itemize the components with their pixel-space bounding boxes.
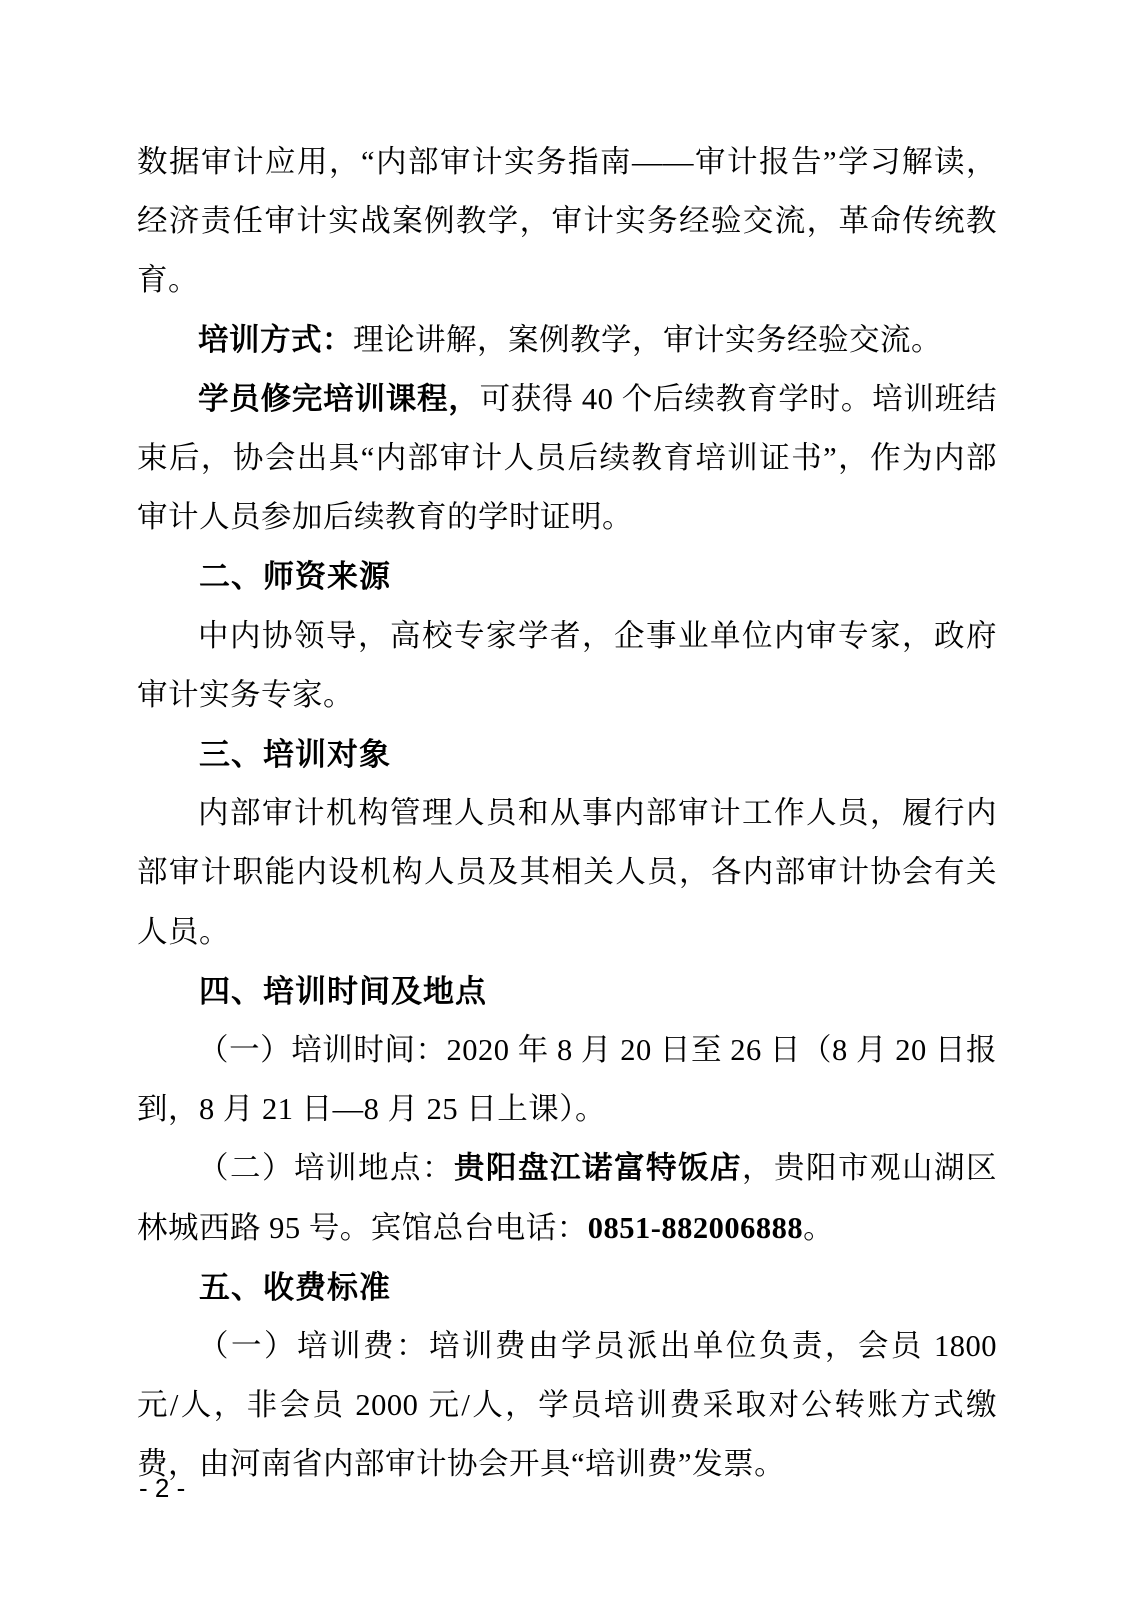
paragraph-training-method: 培训方式：理论讲解，案例教学，审计实务经验交流。 xyxy=(137,311,997,370)
paragraph-training-venue: （二）培训地点：贵阳盘江诺富特饭店，贵阳市观山湖区林城西路 95 号。宾馆总台电… xyxy=(137,1139,997,1257)
training-method-label: 培训方式： xyxy=(198,323,353,357)
section-heading-fees: 五、收费标准 xyxy=(137,1258,997,1317)
section-heading-schedule: 四、培训时间及地点 xyxy=(137,962,997,1021)
training-method-text: 理论讲解，案例教学，审计实务经验交流。 xyxy=(353,323,942,357)
document-body: 数据审计应用，“内部审计实务指南——审计报告”学习解读，经济责任审计实战案例教学… xyxy=(137,133,997,1495)
venue-lead: （二）培训地点： xyxy=(198,1151,454,1185)
credit-hours-lead: 学员修完培训课程， xyxy=(198,382,480,416)
document-page: 数据审计应用，“内部审计实务指南——审计报告”学习解读，经济责任审计实战案例教学… xyxy=(0,0,1131,1600)
venue-hotel-name: 贵阳盘江诺富特饭店 xyxy=(454,1151,742,1185)
section-heading-audience: 三、培训对象 xyxy=(137,725,997,784)
paragraph-training-time: （一）培训时间：2020 年 8 月 20 日至 26 日（8 月 20 日报到… xyxy=(137,1021,997,1139)
page-number: - 2 - xyxy=(139,1473,185,1503)
paragraph-training-fee: （一）培训费：培训费由学员派出单位负责，会员 1800 元/人，非会员 2000… xyxy=(137,1317,997,1495)
paragraph-teachers: 中内协领导，高校专家学者，企事业单位内审专家，政府审计实务专家。 xyxy=(137,607,997,725)
venue-phone-number: 0851-882006888 xyxy=(588,1211,803,1245)
venue-tail: 。 xyxy=(803,1211,834,1245)
paragraph-course-content-continued: 数据审计应用，“内部审计实务指南——审计报告”学习解读，经济责任审计实战案例教学… xyxy=(137,133,997,311)
paragraph-credit-hours: 学员修完培训课程，可获得 40 个后续教育学时。培训班结束后，协会出具“内部审计… xyxy=(137,370,997,548)
paragraph-audience: 内部审计机构管理人员和从事内部审计工作人员，履行内部审计职能内设机构人员及其相关… xyxy=(137,784,997,962)
section-heading-teachers: 二、师资来源 xyxy=(137,547,997,606)
